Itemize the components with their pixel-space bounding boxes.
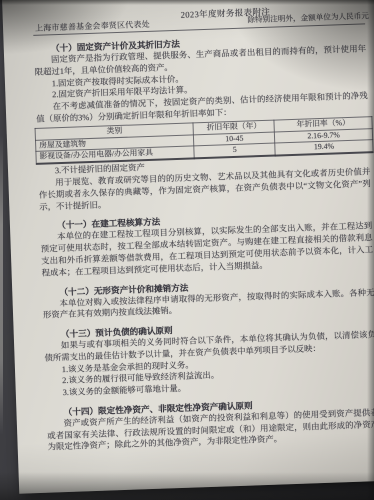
underlying-page-edge <box>0 135 3 435</box>
photo-frame: 上海市慈善基金会奉贤区代表处 2023年度财务报表附注 除特别注明外，金额单位为… <box>0 0 374 500</box>
photo-shadow-top-right <box>224 0 374 95</box>
table-cell: 19.4% <box>275 140 373 156</box>
photo-shadow-bottom-band <box>0 472 374 500</box>
table-cell: 5 <box>194 143 275 158</box>
photo-shadow-right-edge <box>367 0 374 500</box>
photo-shadow-top-left <box>0 0 130 55</box>
